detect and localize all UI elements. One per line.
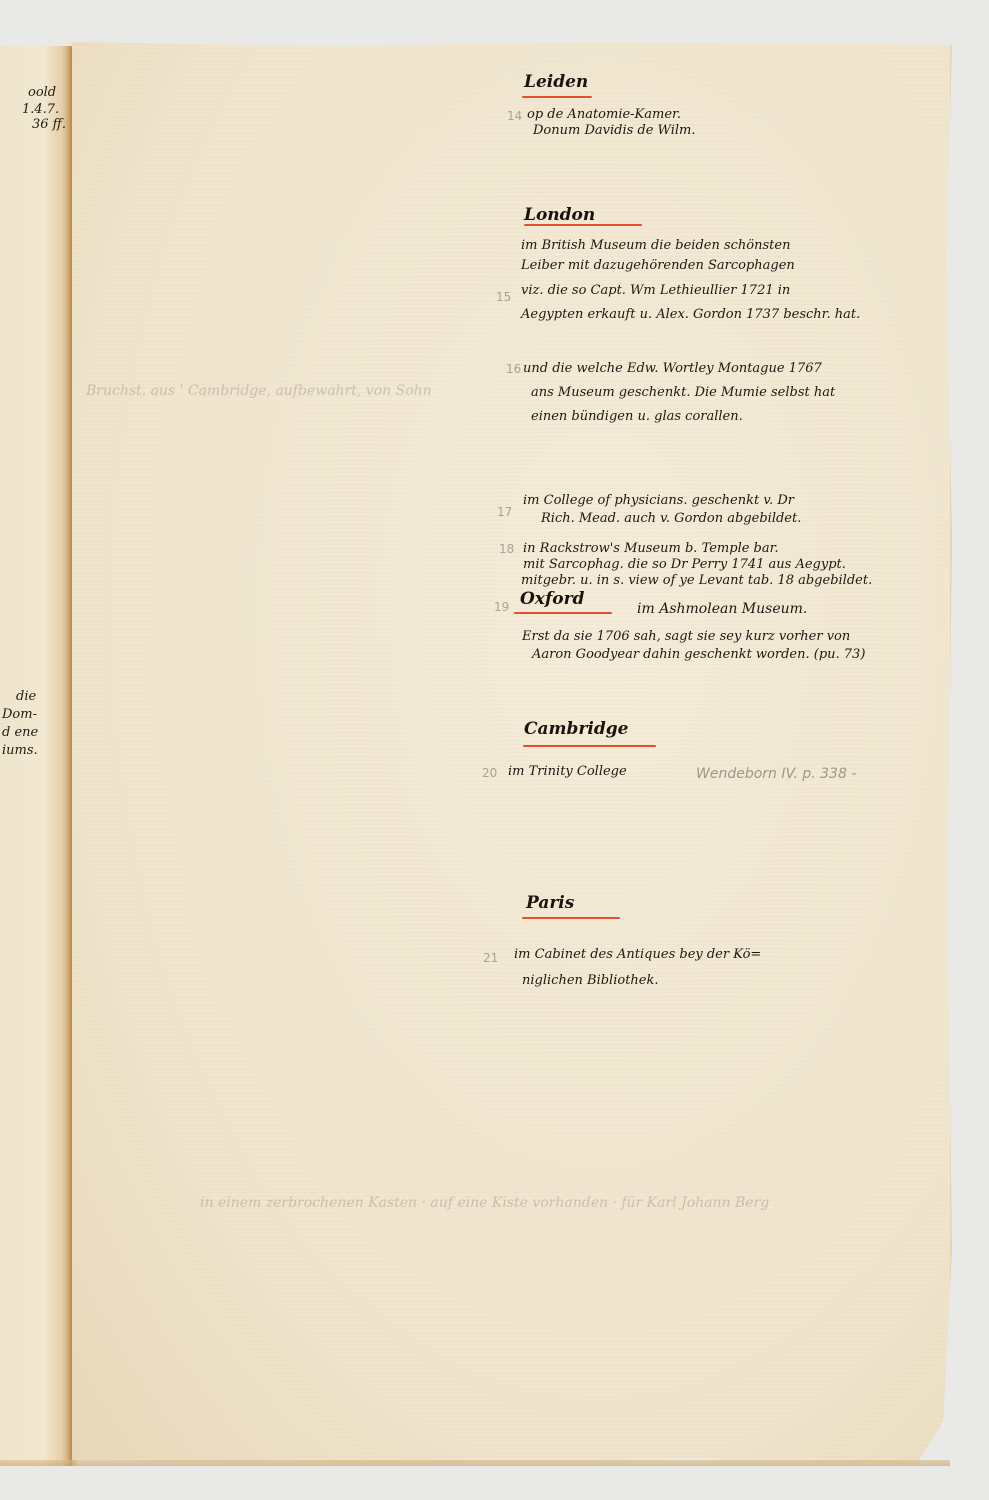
- bleed-through-text: Bruchst. aus ' Cambridge, aufbewahrt, vo…: [86, 383, 432, 399]
- entry-number: 16: [506, 362, 521, 376]
- entry-line: Aaron Goodyear dahin geschenkt worden. (…: [532, 646, 865, 663]
- left-fragment-3: 36 ff.: [32, 116, 66, 133]
- bleed-through-text: in einem zerbrochenen Kasten · auf eine …: [200, 1195, 769, 1211]
- entry-line: im College of physicians. geschenkt v. D…: [523, 492, 794, 509]
- entry-line: und die welche Edw. Wortley Montague 176…: [523, 360, 822, 377]
- entry-number: 14: [507, 109, 522, 123]
- entry-number: 19: [494, 600, 509, 614]
- entry-number: 17: [497, 505, 512, 519]
- entry-line: viz. die so Capt. Wm Lethieullier 1721 i…: [521, 282, 790, 299]
- entry-line: Aegypten erkauft u. Alex. Gordon 1737 be…: [521, 306, 860, 323]
- left-fragment-4: die: [16, 688, 36, 705]
- section-heading-cambridge: Cambridge: [524, 719, 628, 739]
- entry-number: 18: [499, 542, 514, 556]
- entry-line: niglichen Bibliothek.: [522, 972, 659, 989]
- section-heading-leiden: Leiden: [524, 72, 588, 92]
- section-heading-paris: Paris: [526, 893, 574, 913]
- entry-line: einen bündigen u. glas corallen.: [531, 408, 743, 425]
- entry-line: im Ashmolean Museum.: [637, 601, 807, 618]
- entry-line: mit Sarcophag. die so Dr Perry 1741 aus …: [523, 556, 846, 573]
- entry-line: Donum Davidis de Wilm.: [533, 122, 695, 139]
- left-fragment-6: d ene: [2, 724, 38, 741]
- entry-line: im Cabinet des Antiques bey der Kö=: [514, 946, 761, 963]
- red-underline: [514, 612, 612, 614]
- section-heading-london: London: [524, 205, 595, 225]
- red-underline: [522, 917, 620, 919]
- red-underline: [522, 96, 592, 98]
- entry-line: Rich. Mead. auch v. Gordon abgebildet.: [541, 510, 801, 527]
- left-fragment-7: iums.: [2, 742, 38, 759]
- entry-line: Erst da sie 1706 sah, sagt sie sey kurz …: [522, 628, 850, 645]
- entry-number: 20: [482, 766, 497, 780]
- pencil-note: Wendeborn IV. p. 338 -: [696, 766, 856, 782]
- entry-number: 21: [483, 951, 498, 965]
- entry-line: Leiber mit dazugehörenden Sarcophagen: [521, 257, 795, 274]
- entry-line: ans Museum geschenkt. Die Mumie selbst h…: [531, 384, 835, 401]
- entry-line: im British Museum die beiden schönsten: [521, 237, 790, 254]
- entry-line: im Trinity College: [508, 763, 627, 780]
- left-fragment-1: oold: [28, 84, 56, 101]
- entry-line: op de Anatomie-Kamer.: [527, 106, 681, 123]
- entry-line: mitgebr. u. in s. view of ye Levant tab.…: [521, 572, 872, 589]
- section-heading-oxford: Oxford: [520, 589, 584, 609]
- left-fragment-5: Dom-: [2, 706, 37, 723]
- manuscript-page: [72, 42, 952, 1464]
- page-bottom-edge: [0, 1460, 950, 1466]
- red-underline: [523, 745, 656, 747]
- red-underline: [524, 224, 642, 226]
- entry-number: 15: [496, 290, 511, 304]
- entry-line: in Rackstrow's Museum b. Temple bar.: [523, 540, 779, 557]
